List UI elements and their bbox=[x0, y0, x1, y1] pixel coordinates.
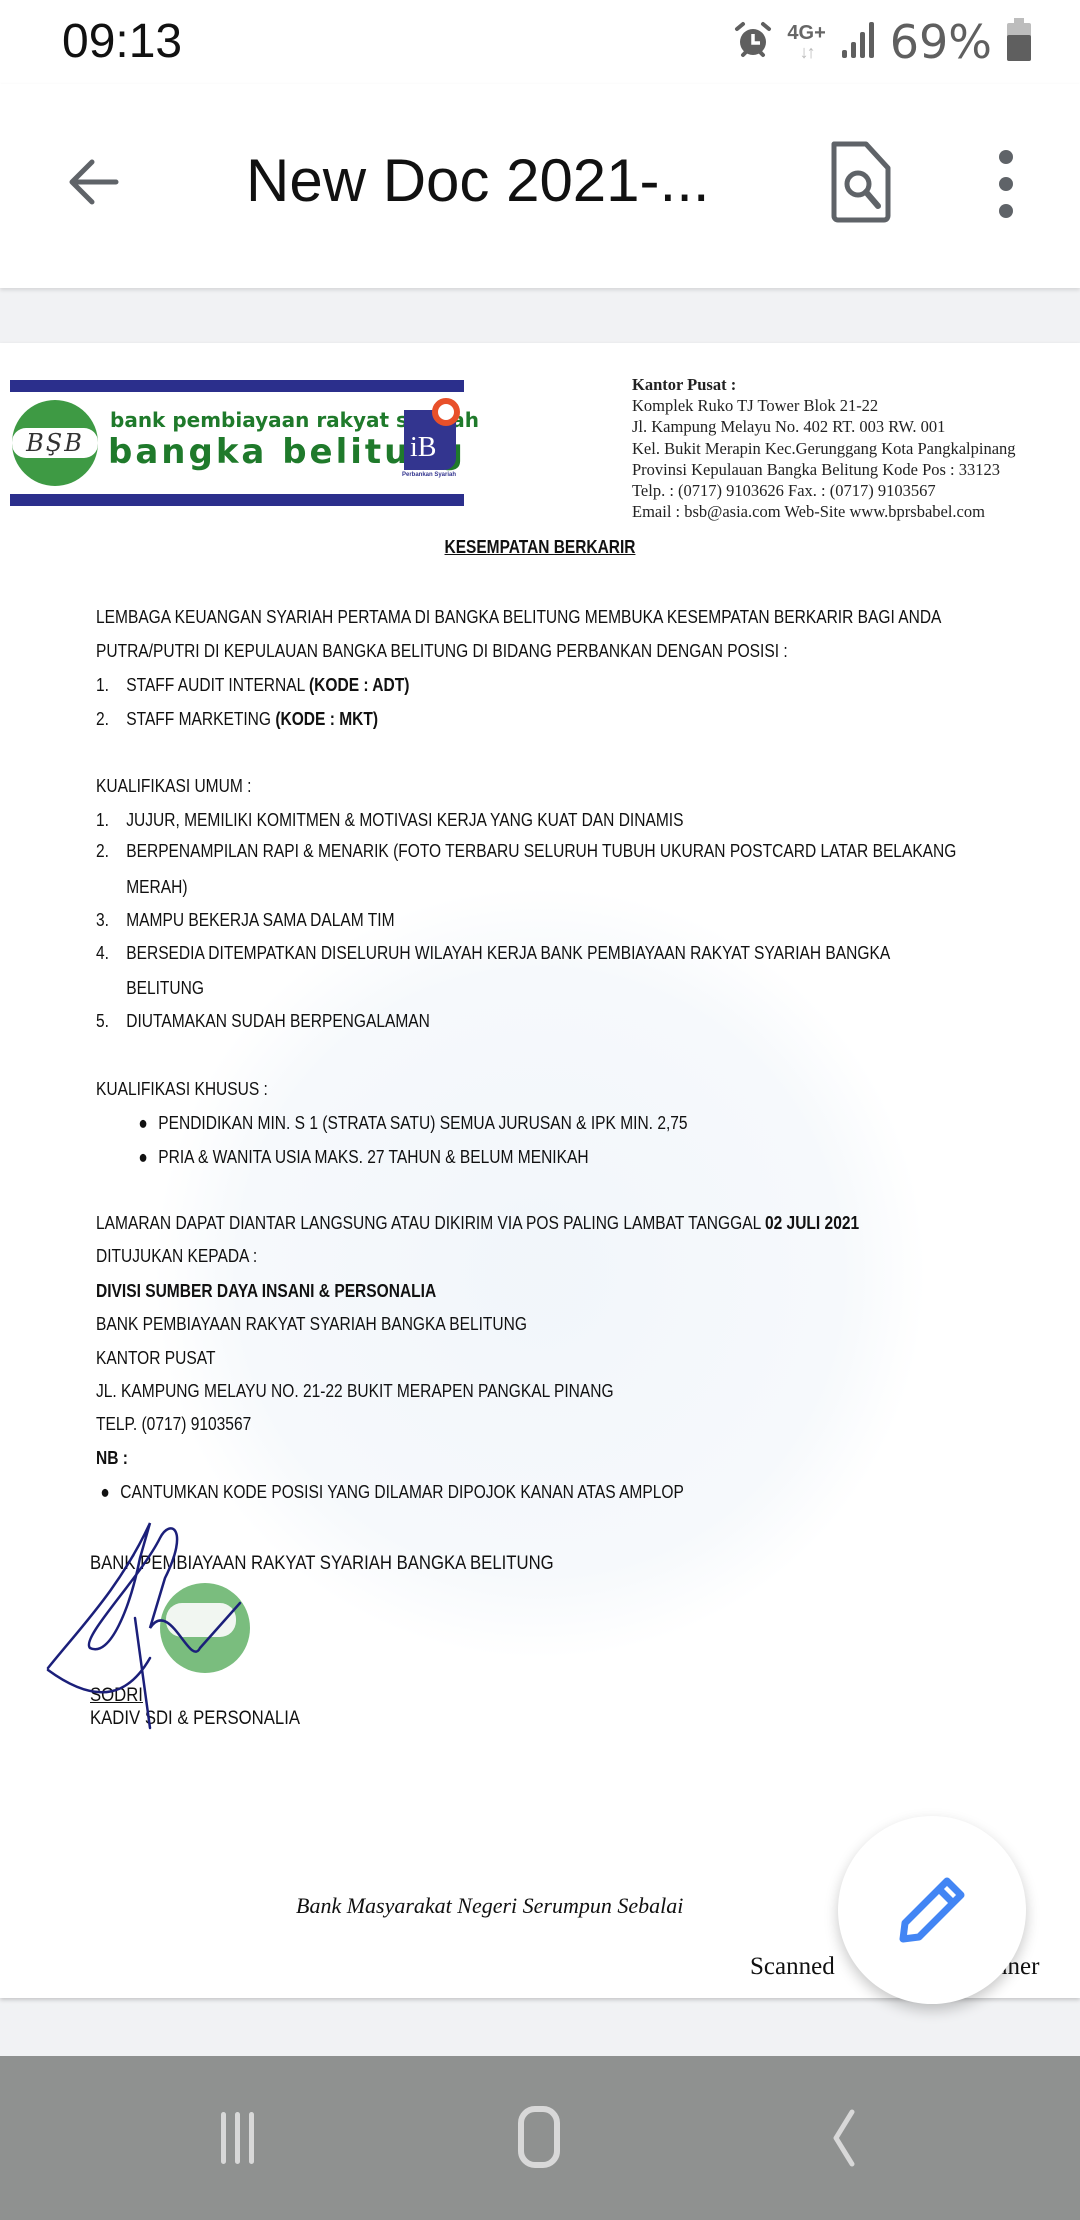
letter-title: KESEMPATAN BERKARIR bbox=[76, 537, 1005, 558]
qualification-item: 4.BERSEDIA DITEMPATKAN DISELURUH WILAYAH… bbox=[96, 942, 890, 964]
home-button[interactable] bbox=[490, 2102, 590, 2174]
recipient-division: DIVISI SUMBER DAYA INSANI & PERSONALIA bbox=[96, 1280, 436, 1302]
back-chevron-icon bbox=[810, 2108, 870, 2168]
app-bar: New Doc 2021-... bbox=[0, 84, 1080, 288]
bullet-icon: ● bbox=[128, 1146, 158, 1168]
more-options-button[interactable] bbox=[986, 144, 1026, 224]
arrow-left-icon bbox=[64, 152, 124, 212]
deadline-date: 02 JULI 2021 bbox=[765, 1212, 859, 1233]
recipient-bank: BANK PEMBIAYAAN RAKYAT SYARIAH BANGKA BE… bbox=[96, 1313, 527, 1335]
recents-button[interactable] bbox=[188, 2102, 288, 2174]
logo-watermark bbox=[150, 883, 930, 1663]
bullet-icon: ● bbox=[128, 1112, 158, 1134]
qualification-item: 2.BERPENAMPILAN RAPI & MENARIK (FOTO TER… bbox=[96, 840, 956, 862]
home-icon bbox=[508, 2106, 572, 2170]
deadline-line: LAMARAN DAPAT DIANTAR LANGSUNG ATAU DIKI… bbox=[96, 1212, 859, 1234]
document-page[interactable]: BŞB bank pembiayaan rakyat syariah bangk… bbox=[0, 343, 1080, 1998]
battery-icon bbox=[1006, 18, 1032, 67]
recipient-office: KANTOR PUSAT bbox=[96, 1347, 215, 1369]
document-title: New Doc 2021-... bbox=[246, 146, 710, 215]
office-address: Kantor Pusat : Komplek Ruko TJ Tower Blo… bbox=[632, 374, 1016, 522]
bsb-emblem: BŞB bbox=[12, 400, 98, 486]
bank-logo: BŞB bank pembiayaan rakyat syariah bangk… bbox=[10, 380, 464, 508]
pencil-edit-icon bbox=[897, 1875, 967, 1945]
nav-back-button[interactable] bbox=[790, 2102, 890, 2174]
status-time: 09:13 bbox=[62, 14, 182, 69]
status-icons: 4G+ ↓↑ 69% bbox=[733, 16, 1032, 68]
addressed-to: DITUJUKAN KEPADA : bbox=[96, 1245, 257, 1267]
search-in-document-button[interactable] bbox=[826, 140, 896, 224]
bullet-icon: ● bbox=[90, 1481, 120, 1503]
special-qualifications-heading: KUALIFIKASI KHUSUS : bbox=[96, 1078, 268, 1100]
scanner-watermark-left: Scanned bbox=[750, 1953, 835, 1981]
recents-icon bbox=[208, 2108, 268, 2168]
intro-line: PUTRA/PUTRI DI KEPULAUAN BANGKA BELITUNG… bbox=[96, 640, 788, 662]
intro-line: LEMBAGA KEUANGAN SYARIAH PERTAMA DI BANG… bbox=[96, 606, 941, 628]
network-4g-plus-icon: 4G+ ↓↑ bbox=[787, 23, 825, 61]
battery-percent: 69% bbox=[890, 15, 992, 69]
nb-item: ●CANTUMKAN KODE POSISI YANG DILAMAR DIPO… bbox=[90, 1481, 684, 1503]
alarm-icon bbox=[733, 20, 773, 65]
status-bar: 09:13 4G+ ↓↑ 69% bbox=[0, 0, 1080, 84]
qualification-item: 1.JUJUR, MEMILIKI KOMITMEN & MOTIVASI KE… bbox=[96, 809, 683, 831]
edit-fab-button[interactable] bbox=[838, 1816, 1026, 2004]
recipient-address: JL. KAMPUNG MELAYU NO. 21-22 BUKIT MERAP… bbox=[96, 1380, 614, 1402]
signature-scribble bbox=[40, 1518, 260, 1738]
qualification-item: 5.DIUTAMAKAN SUDAH BERPENGALAMAN bbox=[96, 1010, 430, 1032]
back-button[interactable] bbox=[62, 150, 126, 214]
star-ornament-icon bbox=[432, 398, 460, 426]
general-qualifications-heading: KUALIFIKASI UMUM : bbox=[96, 775, 251, 797]
nb-heading: NB : bbox=[96, 1447, 128, 1469]
recipient-phone: TELP. (0717) 9103567 bbox=[96, 1413, 251, 1435]
more-vertical-icon bbox=[999, 150, 1013, 164]
bank-motto: Bank Masyarakat Negeri Serumpun Sebalai bbox=[296, 1893, 683, 1919]
document-search-icon bbox=[826, 140, 896, 224]
ib-logo: iB bbox=[404, 410, 456, 470]
signal-icon bbox=[840, 20, 876, 65]
position-item: 1.STAFF AUDIT INTERNAL (KODE : ADT) bbox=[96, 674, 409, 696]
qualification-item: 3.MAMPU BEKERJA SAMA DALAM TIM bbox=[96, 909, 395, 931]
system-nav-bar bbox=[0, 2056, 1080, 2220]
position-item: 2.STAFF MARKETING (KODE : MKT) bbox=[96, 708, 378, 730]
special-item: ●PRIA & WANITA USIA MAKS. 27 TAHUN & BEL… bbox=[128, 1146, 589, 1168]
special-item: ●PENDIDIKAN MIN. S 1 (STRATA SATU) SEMUA… bbox=[128, 1112, 688, 1134]
